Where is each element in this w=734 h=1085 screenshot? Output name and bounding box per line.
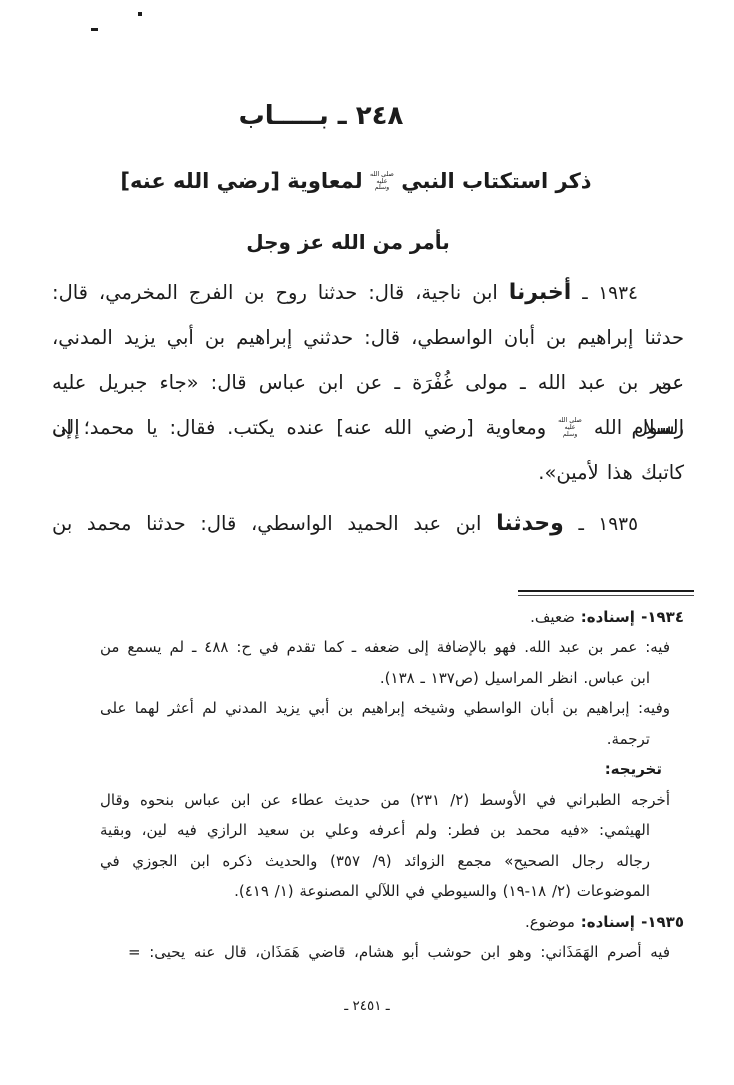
hadith-1934-number: ١٩٣٤ ـ <box>582 283 638 304</box>
footnote-1934-grade-label: ١٩٣٤- إسناده: <box>581 608 684 626</box>
footnotes-section: ١٩٣٤- إسناده: ضعيف. فيه: عمر بن عبد الله… <box>52 602 684 968</box>
chapter-title-pre: ذكر استكتاب النبي <box>401 169 591 193</box>
saw-honorific-ligature: صلى الله عليه وسلم <box>558 418 582 438</box>
takhrij-line: أخرجه الطبراني في الأوسط (٢/ ٢٣١) من حدي… <box>100 785 684 816</box>
hadith-1935-line-1: ١٩٣٥ ـ وحدثنا ابن عبد الحميد الواسطي، قا… <box>52 501 684 546</box>
footnote-1934-line: وفيه: إبراهيم بن أبان الواسطي وشيخه إبرا… <box>100 693 684 724</box>
footnote-separator-rule <box>518 590 694 596</box>
takhrij-heading: تخريجه: <box>100 754 684 785</box>
hadith-1934-isnad: ابن ناجية، قال: حدثنا روح بن الفرج المخر… <box>52 281 498 304</box>
chapter-number-heading: ٢٤٨ ـ بـــــاب <box>5 0 637 136</box>
footnote-1934-line: ترجمة. <box>100 724 684 755</box>
page-number: ـ ٢٤٥١ ـ <box>0 998 734 1014</box>
chapter-title-post: لمعاوية [رضي الله عنه] <box>120 169 362 193</box>
footnote-1935-grade-value: موضوع. <box>525 913 575 931</box>
hadith-1934-opening-word: أخبرنا <box>509 280 572 305</box>
hadith-1934-line-4-pre: رسول الله <box>594 416 684 439</box>
hadith-1934-line-1: ١٩٣٤ ـ أخبرنا ابن ناجية، قال: حدثنا روح … <box>52 270 684 315</box>
takhrij-line: الهيثمي: «فيه محمد بن فطر: ولم أعرفه وعل… <box>100 815 684 846</box>
hadith-1935-isnad: ابن عبد الحميد الواسطي، قال: حدثنا محمد … <box>52 512 481 535</box>
hadith-1934-line-3: عمر بن عبد الله ـ مولى غُفْرَة ـ عن ابن … <box>52 360 684 405</box>
hadith-1935: ١٩٣٥ ـ وحدثنا ابن عبد الحميد الواسطي، قا… <box>52 501 684 546</box>
hadith-1934-line-5: كاتبك هذا لأمين». <box>52 450 684 495</box>
chapter-subtitle: بأمر من الله عز وجل <box>32 228 664 256</box>
hadith-1934-line-4-post: ومعاوية [رضي الله عنه] عنده يكتب. فقال: … <box>52 416 546 439</box>
footnote-1934-line: ابن عباس. انظر المراسيل (ص١٣٧ ـ ١٣٨). <box>100 663 684 694</box>
footnote-1935-line: فيه أصرم الهَمَذَاني: وهو ابن حوشب أبو ه… <box>100 937 684 968</box>
hadith-1935-number: ١٩٣٥ ـ <box>579 514 639 535</box>
footnote-1934-grade-value: ضعيف. <box>530 608 575 626</box>
takhrij-line: رجاله رجال الصحيح» مجمع الزوائد (٩/ ٣٥٧)… <box>100 846 684 877</box>
hadith-1934: ١٩٣٤ ـ أخبرنا ابن ناجية، قال: حدثنا روح … <box>52 270 684 495</box>
footnote-1934-line: فيه: عمر بن عبد الله. فهو بالإضافة إلى ض… <box>100 632 684 663</box>
hadith-1934-line-4: رسول الله صلى الله عليه وسلم ومعاوية [رض… <box>52 405 684 450</box>
footnote-1935-grade-label: ١٩٣٥- إسناده: <box>581 913 684 931</box>
footnote-1934-grade: ١٩٣٤- إسناده: ضعيف. <box>100 602 684 633</box>
chapter-title: ذكر استكتاب النبي صلى الله عليه وسلم لمع… <box>40 166 672 196</box>
takhrij-line: الموضوعات (٢/ ١٨-١٩) والسيوطي في اللآلي … <box>100 876 684 907</box>
scanned-book-page: ٢٤٨ ـ بـــــاب ذكر استكتاب النبي صلى الل… <box>0 0 734 1085</box>
page-content: ٢٤٨ ـ بـــــاب ذكر استكتاب النبي صلى الل… <box>0 0 734 968</box>
hadith-1935-opening-word: وحدثنا <box>496 511 564 536</box>
footnote-1935-grade: ١٩٣٥- إسناده: موضوع. <box>100 907 684 938</box>
saw-honorific-ligature: صلى الله عليه وسلم <box>370 172 394 192</box>
hadith-1934-line-2: حدثنا إبراهيم بن أبان الواسطي، قال: حدثن… <box>52 315 684 360</box>
